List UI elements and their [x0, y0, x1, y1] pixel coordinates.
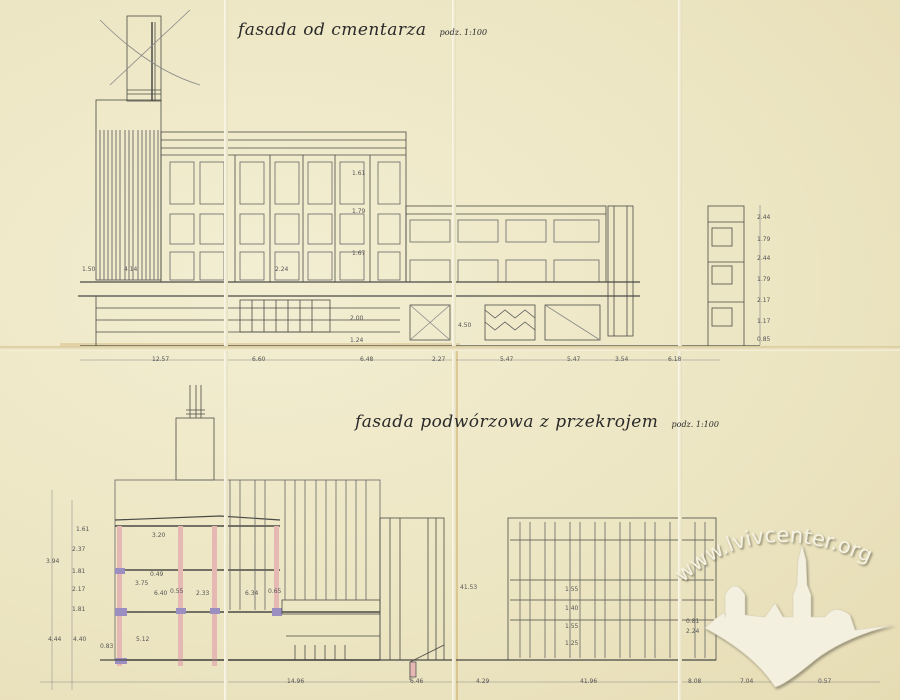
- dimension-label: 2.33: [196, 590, 209, 597]
- dimension-label: 2.37: [72, 546, 85, 553]
- dimension-label: 5.47: [500, 356, 513, 363]
- dimension-label: 3.75: [135, 580, 148, 587]
- stair-tower: [380, 518, 444, 680]
- scale-label: podz. 1:100: [440, 28, 487, 37]
- dimension-label: 2.17: [72, 586, 85, 593]
- dimension-label: 1.61: [352, 170, 365, 177]
- dimension-label: 6.60: [252, 356, 265, 363]
- dimension-label: 12.57: [152, 356, 169, 363]
- dimension-label: 1.25: [565, 640, 578, 647]
- dimension-label: 1.81: [72, 606, 85, 613]
- dimension-label: 2.17: [757, 297, 770, 304]
- dimension-label: 1.24: [350, 337, 363, 344]
- dimension-label: 1.50: [82, 266, 95, 273]
- dimension-label: 5.47: [567, 356, 580, 363]
- dimension-label: 3.54: [615, 356, 628, 363]
- ground-floor: [78, 282, 760, 346]
- dimension-label: 0.65: [268, 588, 281, 595]
- dimension-label: 4.44: [48, 636, 61, 643]
- bottom-elevation-title: fasada podwórzowa z przekrojem podz. 1:1…: [355, 412, 719, 432]
- scale-label: podz. 1:100: [672, 420, 719, 429]
- dimension-label: 2.44: [757, 214, 770, 221]
- dimension-label: 0.55: [170, 588, 183, 595]
- dimension-label: 5.12: [136, 636, 149, 643]
- main-block: [161, 132, 406, 282]
- title-text: fasada od cmentarza: [238, 20, 427, 40]
- dimension-label: 1.79: [352, 208, 365, 215]
- watermark-text: www.lvivcenter.org: [665, 505, 900, 700]
- dimension-label: 2.24: [275, 266, 288, 273]
- far-right-block: [708, 205, 760, 346]
- left-block: [96, 100, 161, 280]
- dimension-label: 4.50: [458, 322, 471, 329]
- title-text: fasada podwórzowa z przekrojem: [355, 412, 658, 432]
- dimension-label: 41.53: [460, 584, 477, 591]
- dimension-label: 6.18: [668, 356, 681, 363]
- architectural-drawing-sheet: fasada od cmentarza podz. 1:100 fasada p…: [0, 0, 900, 700]
- dimension-label: 2.00: [350, 315, 363, 322]
- dimension-label: 2.44: [757, 255, 770, 262]
- dimension-label: 1.55: [565, 623, 578, 630]
- dimension-label: 4.14: [124, 266, 137, 273]
- dimension-label: 6.48: [360, 356, 373, 363]
- paper-fold: [0, 346, 900, 351]
- dimension-label: 6.40: [154, 590, 167, 597]
- dimension-label: 41.96: [580, 678, 597, 685]
- dimension-label: 1.17: [757, 318, 770, 325]
- lvivcenter-watermark: www.lvivcenter.org: [665, 505, 900, 700]
- dimension-label: 1.67: [352, 250, 365, 257]
- dimension-label: 1.40: [565, 605, 578, 612]
- tower-top: [100, 10, 200, 101]
- dimension-label: 1.79: [757, 236, 770, 243]
- bottom-tower: [176, 385, 214, 480]
- dimension-label: 1.81: [72, 568, 85, 575]
- top-elevation-title: fasada od cmentarza podz. 1:100: [238, 20, 487, 40]
- dimension-label: 3.94: [46, 558, 59, 565]
- dimension-label: 2.27: [432, 356, 445, 363]
- dimension-label: 6.34: [245, 590, 258, 597]
- dimension-label: 4.40: [73, 636, 86, 643]
- dimension-label: 0.83: [100, 643, 113, 650]
- dimension-label: 14.96: [287, 678, 304, 685]
- right-wing: [406, 206, 633, 336]
- dimension-label: 1.79: [757, 276, 770, 283]
- dimension-label: 1.61: [76, 526, 89, 533]
- dimension-label: 4.29: [476, 678, 489, 685]
- dimension-label: 3.20: [152, 532, 165, 539]
- svg-text:www.lvivcenter.org: www.lvivcenter.org: [670, 523, 876, 587]
- watermark-url: www.lvivcenter.org: [670, 523, 876, 587]
- dimension-label: 0.85: [757, 336, 770, 343]
- dimension-label: 0.49: [150, 571, 163, 578]
- dimension-label: 6.46: [410, 678, 423, 685]
- dimension-label: 1.55: [565, 586, 578, 593]
